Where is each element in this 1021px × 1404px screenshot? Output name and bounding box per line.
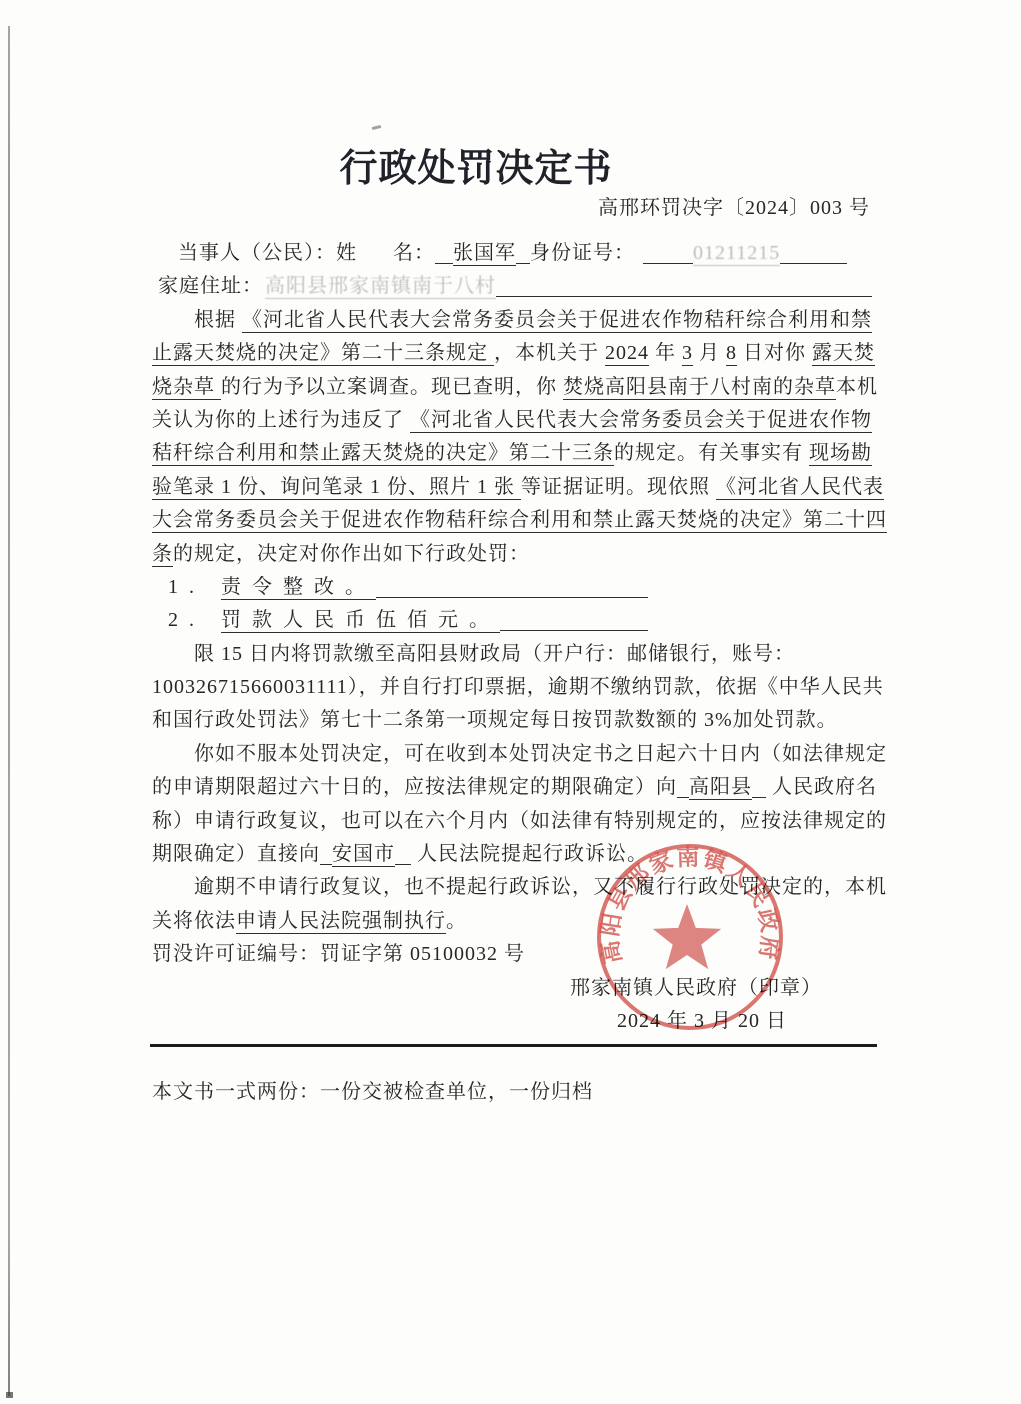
filled-blank-text: 3	[682, 342, 693, 366]
text-run: 2.	[168, 609, 221, 631]
body-line: 烧杂草 的行为予以立案调查。现已查明，你 焚烧高阳县南于八村南的杂草本机	[152, 371, 876, 404]
blank-underline	[376, 572, 648, 598]
blank-underline	[780, 238, 847, 264]
filled-blank-text: 条	[152, 543, 173, 567]
text-run: 的规定。有关事实有	[614, 442, 809, 464]
text-run: 根据	[194, 309, 242, 331]
text-run: 。	[446, 910, 467, 932]
text-run: 关将依法	[152, 910, 236, 932]
appeal-line: 称）申请行政复议，也可以在六个月内（如法律有特别规定的，应按法律规定的	[152, 805, 876, 838]
filled-blank-text: 申请人民法院强制执行	[236, 910, 446, 934]
document-title: 行政处罚决定书	[114, 146, 838, 192]
blank-underline	[435, 238, 453, 264]
text-run: 本机	[836, 376, 878, 398]
text-run: 身份证号：	[530, 242, 635, 264]
blank-underline	[752, 772, 766, 798]
filled-blank-text: 罚款人民币伍佰元。	[221, 609, 500, 633]
filled-blank-text: 《河北省人民代表大会常务委员会关于促进农作物	[410, 409, 872, 433]
body-line: 验笔录 1 份、询问笔录 1 份、照片 1 张 等证据证明。现依照 《河北省人民…	[152, 471, 876, 504]
scan-edge-artifact	[8, 26, 10, 1396]
text-run: 年	[649, 342, 682, 364]
filled-blank-text: 《河北省人民代表	[716, 476, 884, 500]
stamp-star-icon	[653, 904, 721, 969]
text-run: 名：	[393, 242, 435, 264]
text-run: 人民政府名	[766, 776, 877, 798]
filled-blank-text: 8	[726, 342, 737, 366]
text-run: 等证据证明。现依照	[521, 476, 716, 498]
filled-blank-text: 焚烧高阳县南于八村南的杂草	[563, 376, 836, 400]
filled-blank-text: 高阳县邢家南镇南于八村	[265, 275, 496, 299]
body-line: 大会常务委员会关于促进农作物秸秆综合利用和禁止露天焚烧的决定》第二十四	[152, 504, 876, 537]
filled-blank-text: 安国市	[332, 843, 395, 867]
filled-blank-text: 露天焚	[812, 342, 875, 366]
blank-underline	[643, 238, 693, 264]
blank-underline	[677, 772, 689, 798]
text-run: 100326715660031111），并自行打印票据，逾期不缴纳罚款，依据《中…	[152, 676, 884, 698]
text-run: 和国行政处罚法》第七十二条第一项规定每日按罚款数额的 3%加处罚款。	[152, 709, 838, 731]
body-line: 关认为你的上述行为违反了 《河北省人民代表大会常务委员会关于促进农作物	[152, 404, 876, 437]
official-seal-stamp: 高阳县邢家南镇人民政府	[586, 840, 796, 1052]
payment-line: 和国行政处罚法》第七十二条第一项规定每日按罚款数额的 3%加处罚款。	[152, 704, 876, 737]
text-run: 称）申请行政复议，也可以在六个月内（如法律有特别规定的，应按法律规定的	[152, 810, 887, 832]
penalty-item-1: 1. 责令整改。	[152, 571, 876, 604]
blank-underline	[320, 839, 332, 865]
filled-blank-text: 2024	[605, 342, 649, 366]
text-run	[357, 258, 393, 259]
party-line: 当事人（公民）：姓名：张国军身份证号：01211215	[152, 237, 876, 270]
filled-blank-text: 止露天焚烧的决定》第二十三条规定	[152, 342, 494, 366]
filled-blank-text: 责令整改。	[221, 576, 376, 600]
text-run: 的行为予以立案调查。现已查明，你	[221, 376, 563, 398]
filled-blank-text: 验笔录 1 份、询问笔录 1 份、照片 1 张	[152, 476, 521, 500]
blank-underline	[496, 271, 872, 297]
filled-blank-text: 大会常务委员会关于促进农作物秸秆综合利用和禁止露天焚烧的决定》第二十四	[152, 509, 887, 533]
payment-line: 限 15 日内将罚款缴至高阳县财政局（开户行：邮储银行，账号：	[152, 638, 876, 671]
scan-corner-artifact	[6, 1392, 13, 1398]
text-run: 的规定，决定对你作出如下行政处罚：	[173, 543, 530, 565]
filled-blank-text: 烧杂草	[152, 376, 221, 400]
text-run: 罚没许可证编号：罚证字第 05100032 号	[152, 943, 525, 965]
text-run: 月	[693, 342, 726, 364]
text-run	[635, 258, 643, 259]
blank-underline	[500, 605, 648, 631]
text-run: 家庭住址：	[158, 275, 263, 297]
footer-note: 本文书一式两份：一份交被检查单位，一份归档	[152, 1075, 876, 1104]
filled-blank-text: 秸秆综合利用和禁止露天焚烧的决定》第二十三条	[152, 442, 614, 466]
document-number: 高邢环罚决字〔2024〕003 号	[152, 192, 876, 225]
appeal-line: 你如不服本处罚决定，可在收到本处罚决定书之日起六十日内（如法律规定	[152, 738, 876, 771]
body-line: 秸秆综合利用和禁止露天焚烧的决定》第二十三条的规定。有关事实有 现场勘	[152, 437, 876, 470]
filled-blank-text: 01211215	[693, 242, 780, 266]
text-run: 关认为你的上述行为违反了	[152, 409, 410, 431]
text-run: 的申请期限超过六十日的，应按法律规定的期限确定）向	[152, 776, 677, 798]
penalty-item-2: 2. 罚款人民币伍佰元。	[152, 604, 876, 637]
address-line: 家庭住址：高阳县邢家南镇南于八村	[152, 270, 876, 303]
text-run: ，本机关于	[494, 342, 605, 364]
text-run: 当事人（公民）：姓	[178, 242, 357, 264]
text-run: 期限确定）直接向	[152, 843, 320, 865]
filled-blank-text: 现场勘	[809, 442, 872, 466]
text-run: 1.	[168, 576, 221, 598]
filled-blank-text: 高阳县	[689, 776, 752, 800]
blank-underline	[395, 839, 411, 865]
payment-line: 100326715660031111），并自行打印票据，逾期不缴纳罚款，依据《中…	[152, 671, 876, 704]
scanned-document-page: 行政处罚决定书 高邢环罚决字〔2024〕003 号 当事人（公民）：姓名：张国军…	[0, 0, 1021, 1404]
text-run: 日对你	[737, 342, 812, 364]
body-line: 根据 《河北省人民代表大会常务委员会关于促进农作物秸秆综合利用和禁	[152, 304, 876, 337]
filled-blank-text: 张国军	[453, 242, 516, 266]
text-run: 限 15 日内将罚款缴至高阳县财政局（开户行：邮储银行，账号：	[194, 643, 795, 665]
blank-underline	[516, 238, 530, 264]
text-run: 你如不服本处罚决定，可在收到本处罚决定书之日起六十日内（如法律规定	[194, 743, 887, 765]
body-line: 止露天焚烧的决定》第二十三条规定 ，本机关于 2024 年 3 月 8 日对你 …	[152, 337, 876, 370]
body-line: 条的规定，决定对你作出如下行政处罚：	[152, 538, 876, 571]
appeal-line: 的申请期限超过六十日的，应按法律规定的期限确定）向高阳县 人民政府名	[152, 771, 876, 804]
filled-blank-text: 《河北省人民代表大会常务委员会关于促进农作物秸秆综合利用和禁	[242, 309, 872, 333]
